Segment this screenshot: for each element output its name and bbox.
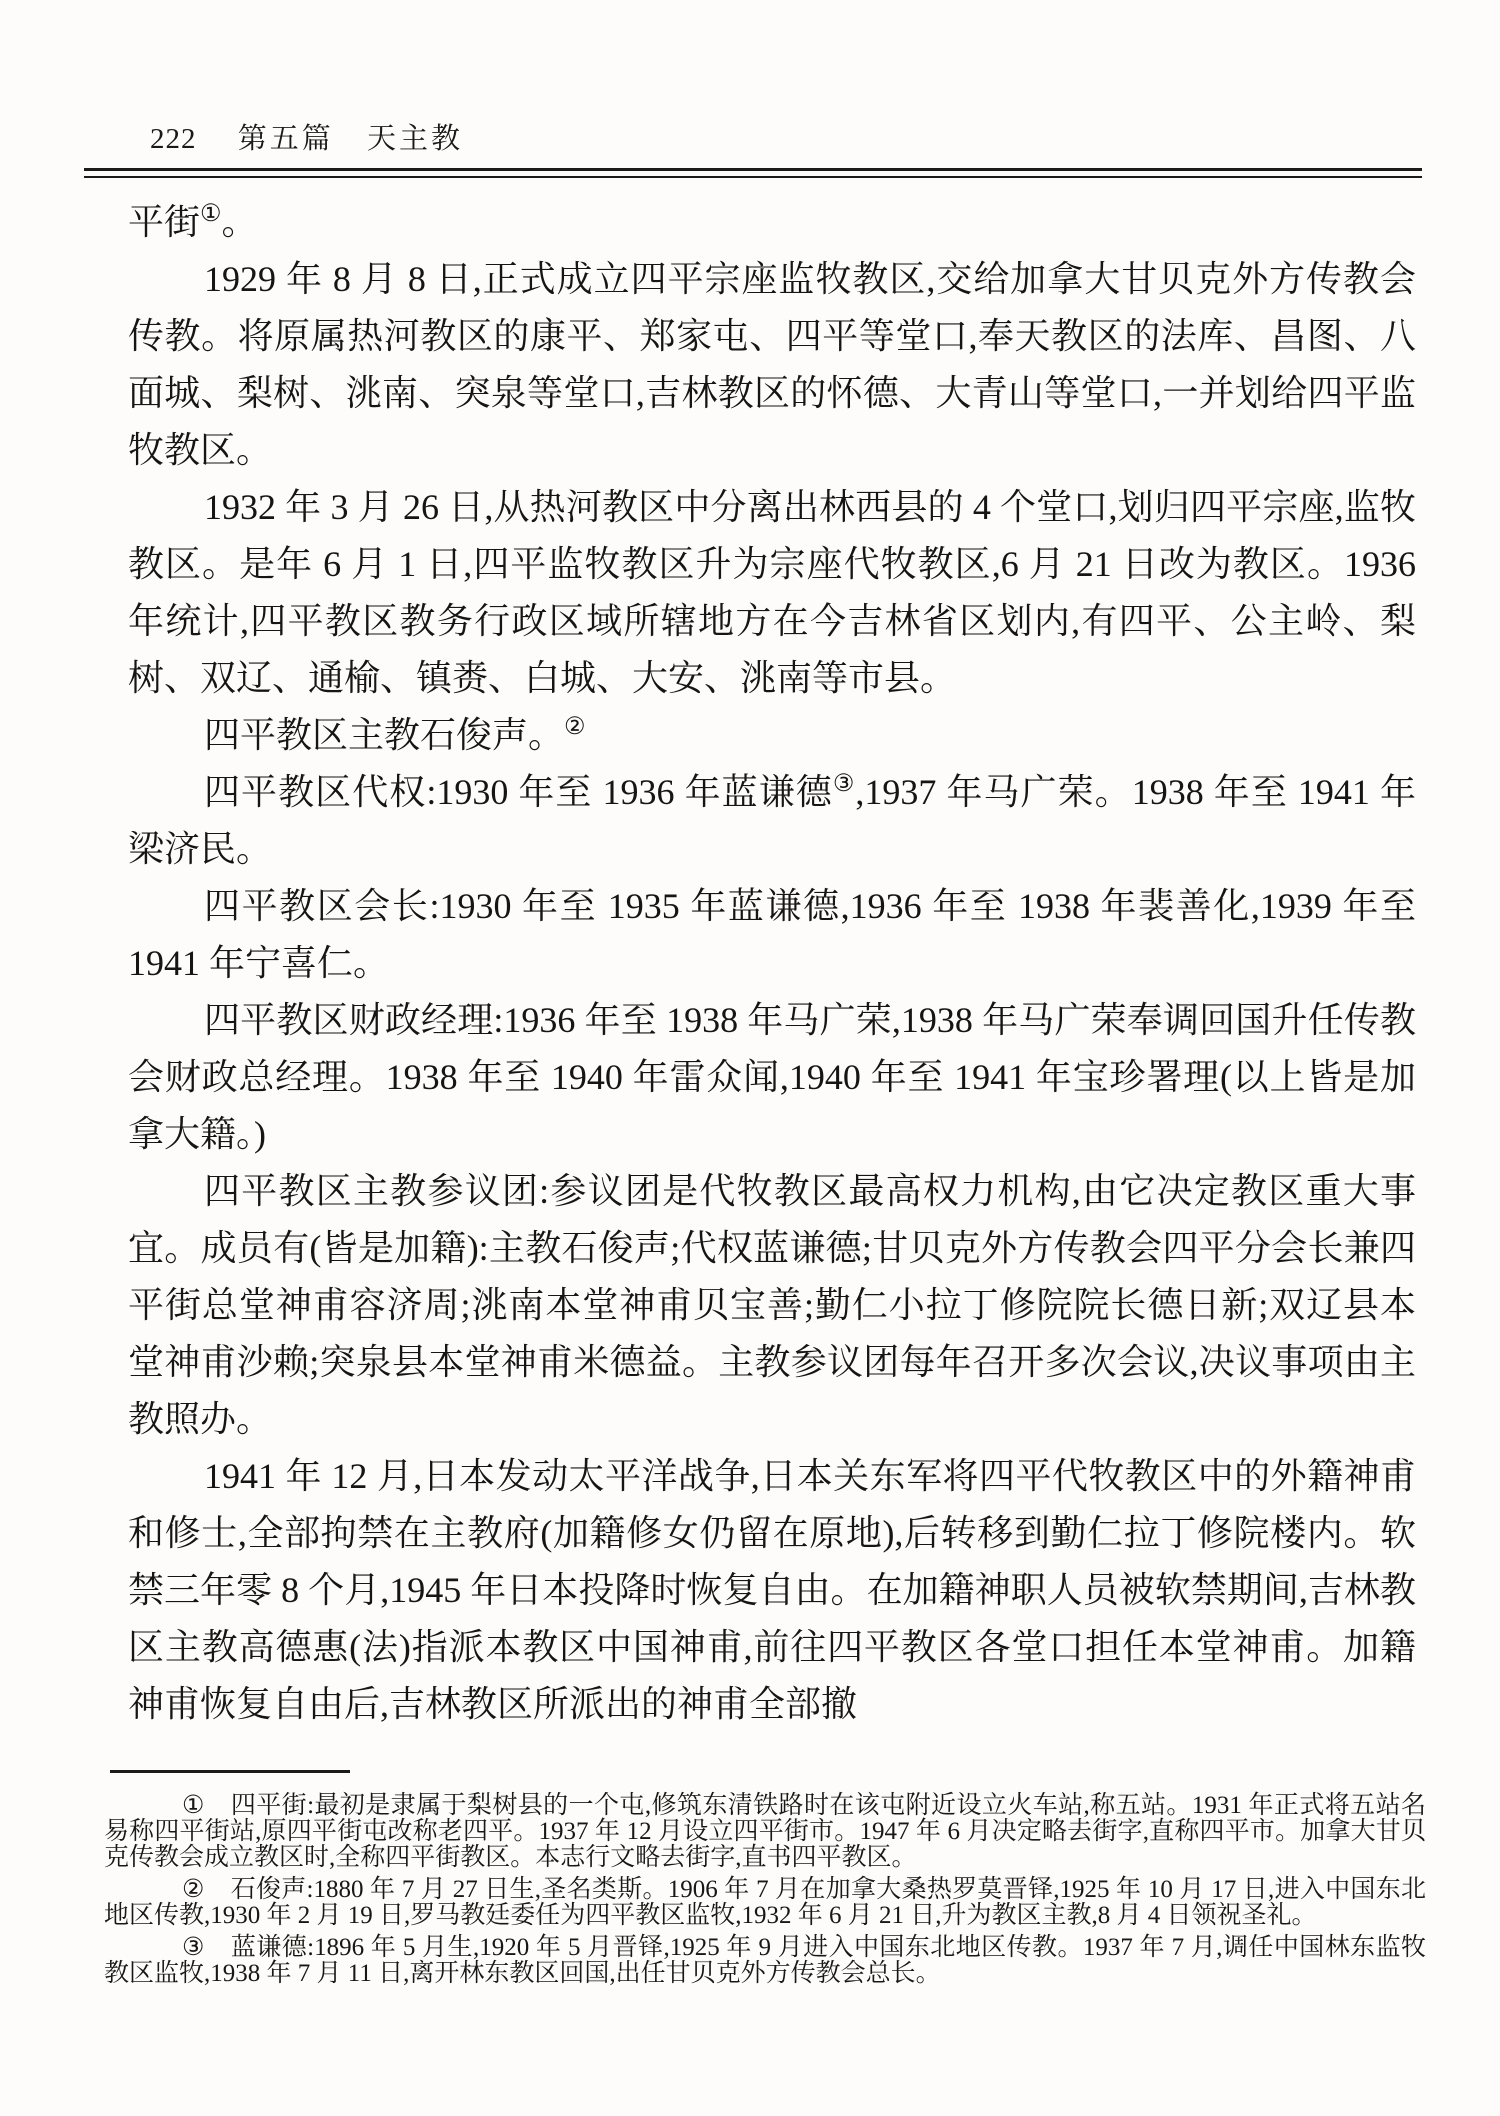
footnote-item: ②石俊声:1880 年 7 月 27 日生,圣名类斯。1906 年 7 月在加拿… <box>104 1877 1426 1929</box>
footnote-marker: ② <box>182 1877 230 1903</box>
book-page: 222 第五篇 天主教 平街①。1929 年 8 月 8 日,正式成立四平宗座监… <box>0 0 1500 2116</box>
body-paragraph: 平街①。 <box>128 194 1416 251</box>
part-title: 第五篇 <box>238 123 334 155</box>
footnote-rule <box>110 1770 350 1773</box>
body-paragraph: 四平教区主教石俊声。② <box>128 707 1416 764</box>
body-paragraph: 1941 年 12 月,日本发动太平洋战争,日本关东军将四平代牧教区中的外籍神甫… <box>128 1448 1416 1733</box>
body-text: 平街①。1929 年 8 月 8 日,正式成立四平宗座监牧教区,交给加拿大甘贝克… <box>128 194 1416 1733</box>
running-head: 222 第五篇 天主教 <box>150 122 463 156</box>
body-paragraph: 1929 年 8 月 8 日,正式成立四平宗座监牧教区,交给加拿大甘贝克外方传教… <box>128 251 1416 479</box>
footnote-ref: ② <box>564 714 586 740</box>
page-number: 222 <box>150 123 197 155</box>
body-paragraph: 1932 年 3 月 26 日,从热河教区中分离出林西县的 4 个堂口,划归四平… <box>128 479 1416 707</box>
section-title: 天主教 <box>367 123 463 155</box>
footnote-ref: ③ <box>833 771 856 797</box>
body-paragraph: 四平教区代权:1930 年至 1936 年蓝谦德③,1937 年马广荣。1938… <box>128 764 1416 878</box>
footnote-item: ③蓝谦德:1896 年 5 月生,1920 年 5 月晋铎,1925 年 9 月… <box>104 1935 1426 1987</box>
footnote-marker: ③ <box>182 1935 230 1961</box>
footnote-item: ①四平街:最初是隶属于梨树县的一个屯,修筑东清铁路时在该屯附近设立火车站,称五站… <box>104 1793 1426 1871</box>
body-paragraph: 四平教区会长:1930 年至 1935 年蓝谦德,1936 年至 1938 年裴… <box>128 878 1416 992</box>
footnote-ref: ① <box>200 201 222 227</box>
header-double-rule <box>84 168 1422 178</box>
body-paragraph: 四平教区财政经理:1936 年至 1938 年马广荣,1938 年马广荣奉调回国… <box>128 992 1416 1163</box>
footnotes: ①四平街:最初是隶属于梨树县的一个屯,修筑东清铁路时在该屯附近设立火车站,称五站… <box>104 1793 1426 1993</box>
footnote-marker: ① <box>182 1793 230 1819</box>
body-paragraph: 四平教区主教参议团:参议团是代牧教区最高权力机构,由它决定教区重大事宜。成员有(… <box>128 1163 1416 1448</box>
